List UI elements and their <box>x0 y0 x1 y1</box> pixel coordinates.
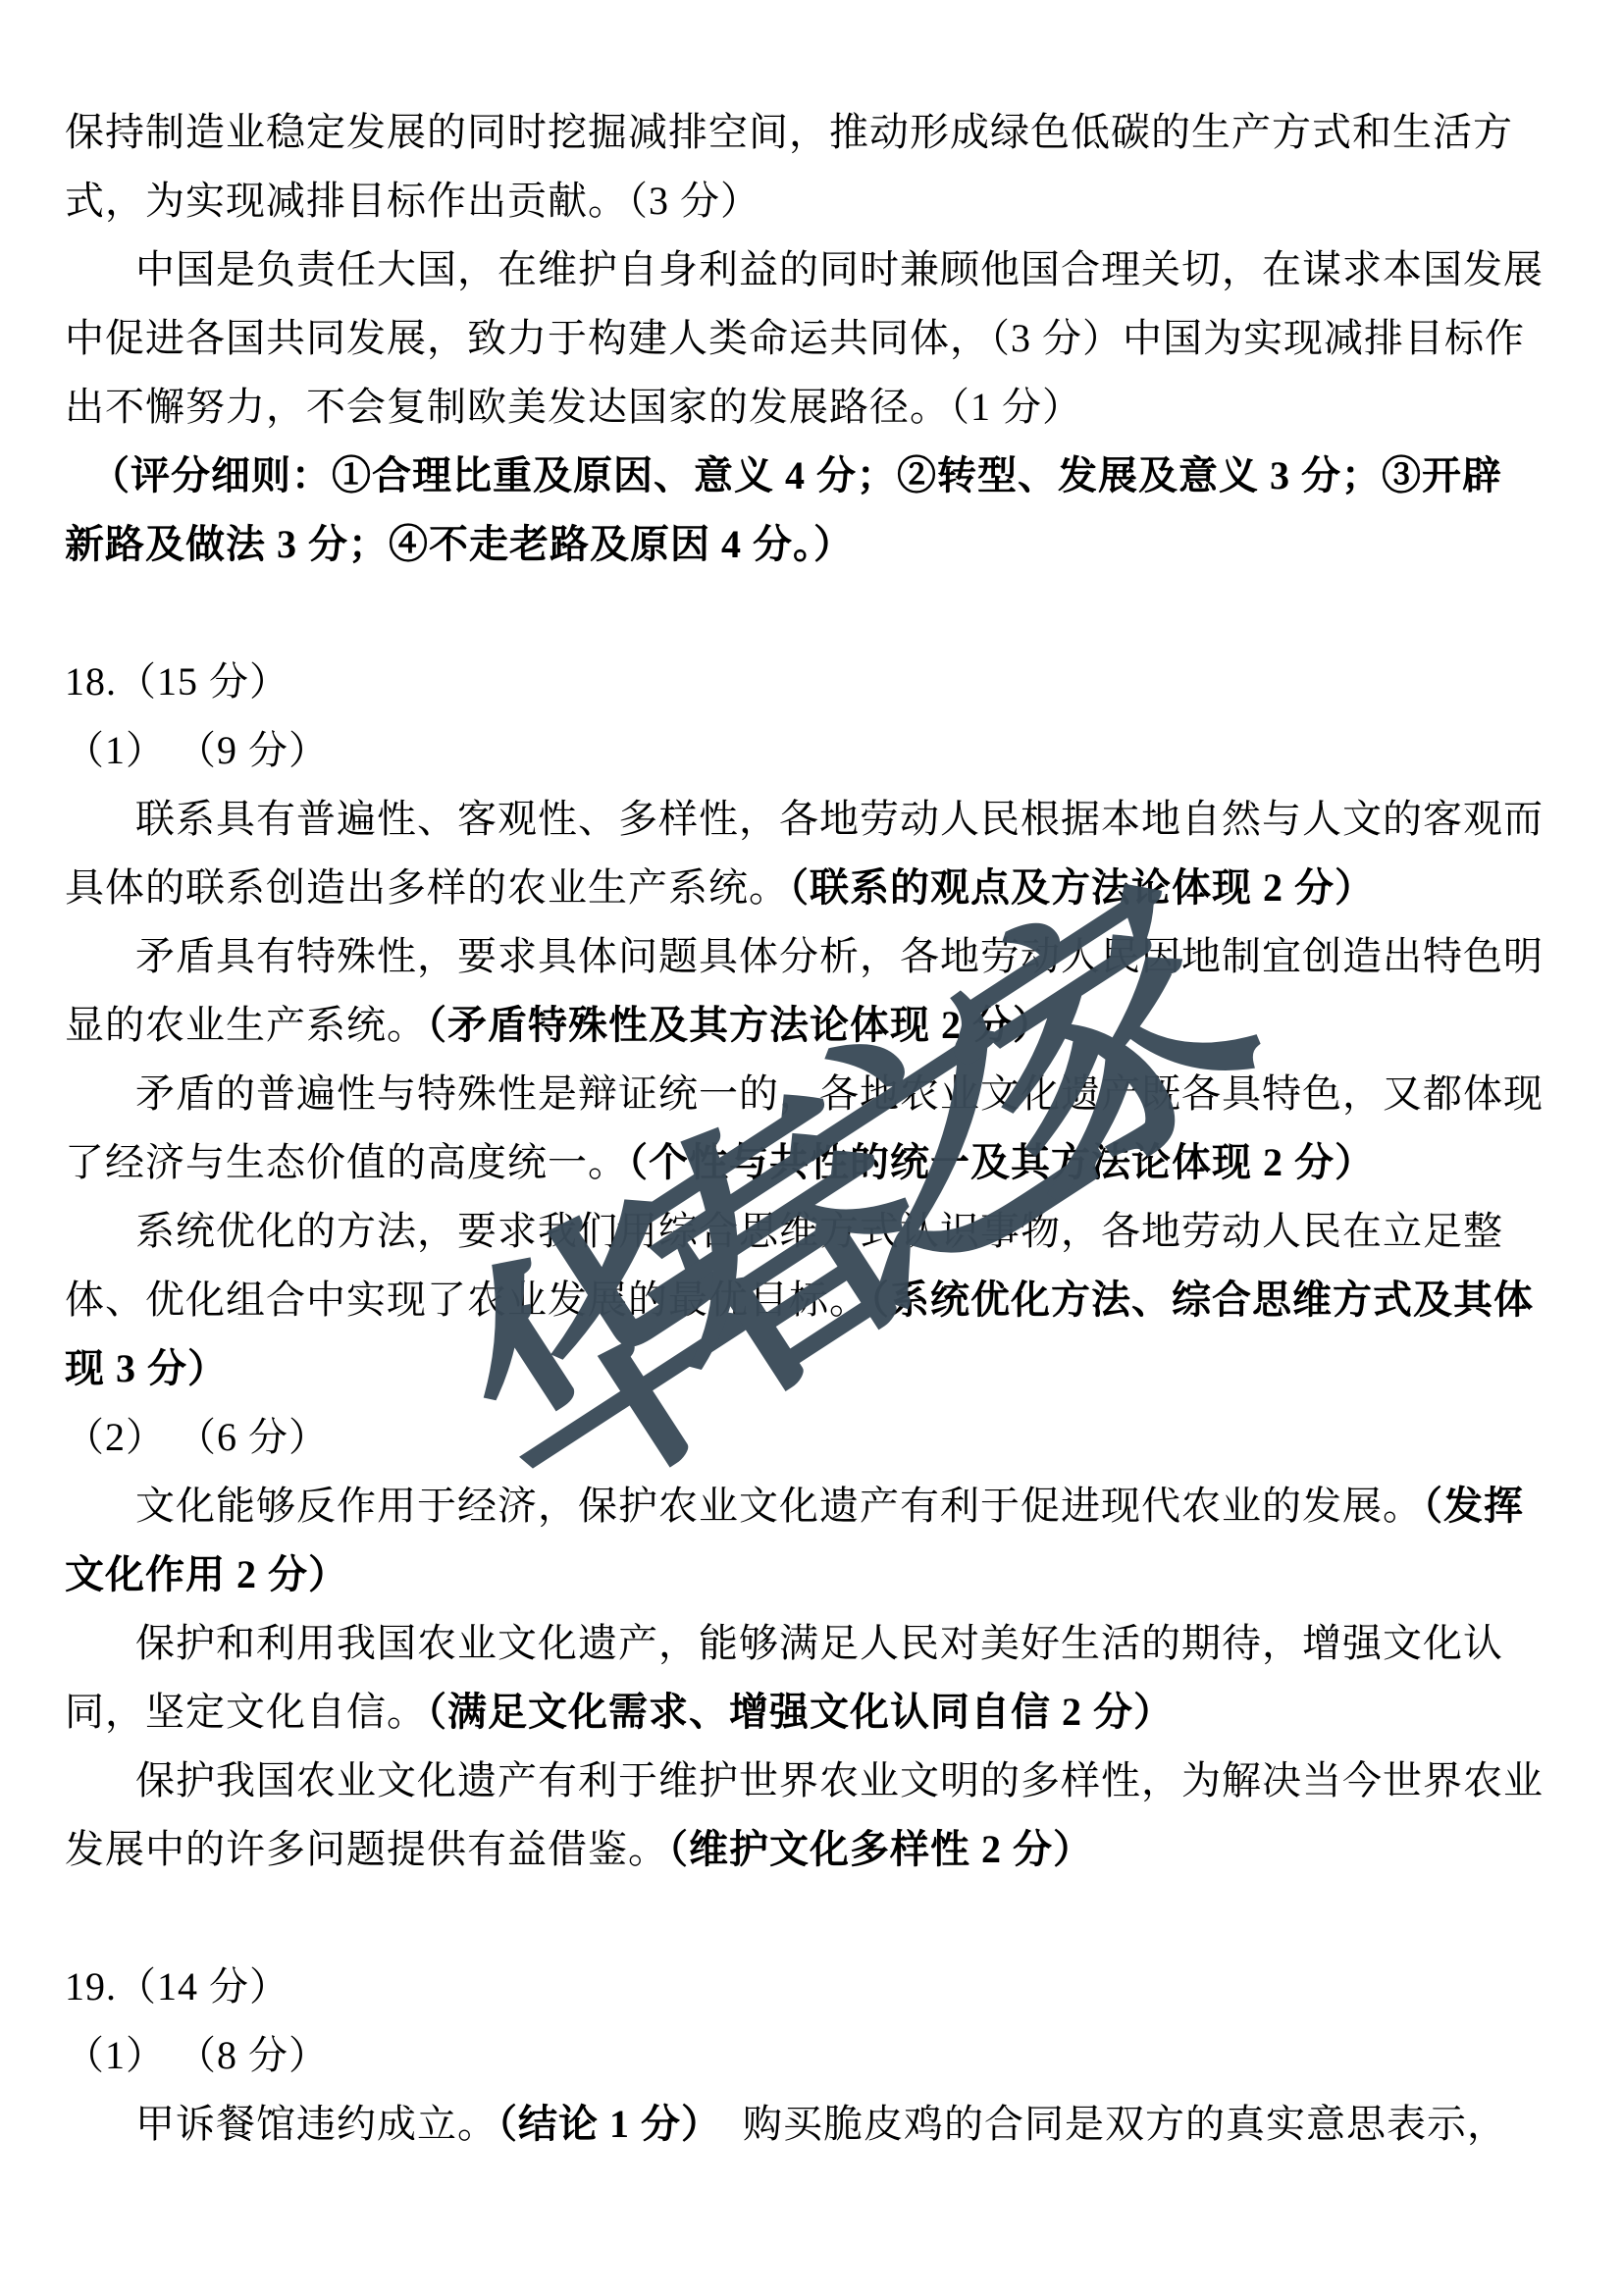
score-note: （矛盾特殊性及其方法论体现 2 分） <box>427 1003 1053 1047</box>
text-line: 甲诉餐馆违约成立。（结论 1 分） 购买脆皮鸡的合同是双方的真实意思表示， <box>0 2090 1623 2159</box>
score-note: 文化作用 2 分） <box>65 1552 348 1596</box>
answer-text: （2） （6 分） <box>65 1415 329 1459</box>
text-line: 出不懈努力，不会复制欧美发达国家的发展路径。（1 分） <box>0 373 1623 442</box>
score-note: （结论 1 分） <box>497 2102 721 2146</box>
score-note: （评分细则：①合理比重及原因、意义 4 分；②转型、发展及意义 3 分；③开辟 <box>90 453 1502 497</box>
text-line: 文化作用 2 分） <box>0 1540 1623 1609</box>
answer-text: 体、优化组合中实现了农业发展的最优目标。 <box>65 1278 869 1322</box>
score-note: （联系的观点及方法论体现 2 分） <box>789 865 1375 910</box>
document-body: 保持制造业稳定发展的同时挖掘减排空间，推动形成绿色低碳的生产方式和生活方式，为实… <box>0 0 1623 2159</box>
score-note: 现 3 分） <box>65 1346 228 1390</box>
text-line: （2） （6 分） <box>0 1403 1623 1472</box>
text-line: （1） （8 分） <box>0 2021 1623 2090</box>
text-line: 新路及做法 3 分；④不走老路及原因 4 分。） <box>0 510 1623 579</box>
answer-text: 保护我国农业文化遗产有利于维护世界农业文明的多样性，为解决当今世界农业 <box>135 1758 1544 1802</box>
text-line: 中国是负责任大国，在维护自身利益的同时兼顾他国合理关切，在谋求本国发展 <box>0 235 1623 304</box>
document-page: 保持制造业稳定发展的同时挖掘减排空间，推动形成绿色低碳的生产方式和生活方式，为实… <box>0 0 1623 2296</box>
answer-text: 发展中的许多问题提供有益借鉴。 <box>65 1827 668 1871</box>
answer-text: 显的农业生产系统。 <box>65 1003 427 1047</box>
text-line: 具体的联系创造出多样的农业生产系统。（联系的观点及方法论体现 2 分） <box>0 854 1623 922</box>
answer-text: （1） （9 分） <box>65 728 329 772</box>
score-note: （发挥 <box>1423 1484 1524 1528</box>
text-line: （1） （9 分） <box>0 716 1623 785</box>
answer-text: （1） （8 分） <box>65 2033 329 2077</box>
blank-line <box>0 1884 1623 1953</box>
answer-text: 保护和利用我国农业文化遗产，能够满足人民对美好生活的期待，增强文化认 <box>135 1621 1503 1665</box>
text-line: 体、优化组合中实现了农业发展的最优目标。（系统优化方法、综合思维方式及其体 <box>0 1266 1623 1334</box>
text-line: 矛盾具有特殊性，要求具体问题具体分析，各地劳动人民因地制宜创造出特色明 <box>0 922 1623 991</box>
text-line: 式，为实现减排目标作出贡献。（3 分） <box>0 167 1623 235</box>
score-note: （满足文化需求、增强文化认同自信 2 分） <box>427 1690 1174 1734</box>
score-note: （系统优化方法、综合思维方式及其体 <box>869 1278 1534 1322</box>
answer-text: 购买脆皮鸡的合同是双方的真实意思表示， <box>721 2102 1507 2146</box>
answer-text: 甲诉餐馆违约成立。 <box>135 2102 497 2146</box>
answer-text: 系统优化的方法，要求我们用综合思维方式认识事物，各地劳动人民在立足整 <box>135 1209 1503 1253</box>
answer-text: 保持制造业稳定发展的同时挖掘减排空间，推动形成绿色低碳的生产方式和生活方 <box>65 110 1513 154</box>
text-line: 联系具有普遍性、客观性、多样性，各地劳动人民根据本地自然与人文的客观而 <box>0 785 1623 854</box>
answer-text: 18.（15 分） <box>65 659 289 704</box>
answer-text: 中促进各国共同发展，致力于构建人类命运共同体，（3 分）中国为实现减排目标作 <box>65 316 1525 360</box>
answer-text: 具体的联系创造出多样的农业生产系统。 <box>65 865 789 910</box>
answer-text: 中国是负责任大国，在维护自身利益的同时兼顾他国合理关切，在谋求本国发展 <box>135 247 1544 291</box>
text-line: （评分细则：①合理比重及原因、意义 4 分；②转型、发展及意义 3 分；③开辟 <box>0 442 1623 510</box>
score-note: （维护文化多样性 2 分） <box>668 1827 1093 1871</box>
answer-text: 矛盾具有特殊性，要求具体问题具体分析，各地劳动人民因地制宜创造出特色明 <box>135 934 1544 978</box>
answer-text: 出不懈努力，不会复制欧美发达国家的发展路径。（1 分） <box>65 385 1082 429</box>
text-line: 保护和利用我国农业文化遗产，能够满足人民对美好生活的期待，增强文化认 <box>0 1609 1623 1678</box>
text-line: 矛盾的普遍性与特殊性是辩证统一的，各地农业文化遗产既各具特色，又都体现 <box>0 1060 1623 1128</box>
blank-line <box>0 579 1623 648</box>
text-line: 保护我国农业文化遗产有利于维护世界农业文明的多样性，为解决当今世界农业 <box>0 1747 1623 1815</box>
text-line: 19.（14 分） <box>0 1953 1623 2021</box>
answer-text: 19.（14 分） <box>65 1964 289 2009</box>
text-line: 显的农业生产系统。（矛盾特殊性及其方法论体现 2 分） <box>0 991 1623 1060</box>
score-note: 新路及做法 3 分；④不走老路及原因 4 分。） <box>65 522 854 566</box>
answer-text: 同，坚定文化自信。 <box>65 1690 427 1734</box>
answer-text: 式，为实现减排目标作出贡献。（3 分） <box>65 179 760 223</box>
answer-text: 矛盾的普遍性与特殊性是辩证统一的，各地农业文化遗产既各具特色，又都体现 <box>135 1071 1544 1116</box>
text-line: 了经济与生态价值的高度统一。（个性与共性的统一及其方法论体现 2 分） <box>0 1128 1623 1197</box>
text-line: 发展中的许多问题提供有益借鉴。（维护文化多样性 2 分） <box>0 1815 1623 1884</box>
text-line: 保持制造业稳定发展的同时挖掘减排空间，推动形成绿色低碳的生产方式和生活方 <box>0 98 1623 167</box>
text-line: 18.（15 分） <box>0 648 1623 716</box>
text-line: 中促进各国共同发展，致力于构建人类命运共同体，（3 分）中国为实现减排目标作 <box>0 304 1623 373</box>
text-line: 系统优化的方法，要求我们用综合思维方式认识事物，各地劳动人民在立足整 <box>0 1197 1623 1266</box>
text-line: 同，坚定文化自信。（满足文化需求、增强文化认同自信 2 分） <box>0 1678 1623 1747</box>
answer-text: 联系具有普遍性、客观性、多样性，各地劳动人民根据本地自然与人文的客观而 <box>135 797 1544 841</box>
score-note: （个性与共性的统一及其方法论体现 2 分） <box>628 1140 1375 1184</box>
text-line: 文化能够反作用于经济，保护农业文化遗产有利于促进现代农业的发展。（发挥 <box>0 1472 1623 1540</box>
text-line: 现 3 分） <box>0 1334 1623 1403</box>
answer-text: 了经济与生态价值的高度统一。 <box>65 1140 628 1184</box>
answer-text: 文化能够反作用于经济，保护农业文化遗产有利于促进现代农业的发展。 <box>135 1484 1423 1528</box>
